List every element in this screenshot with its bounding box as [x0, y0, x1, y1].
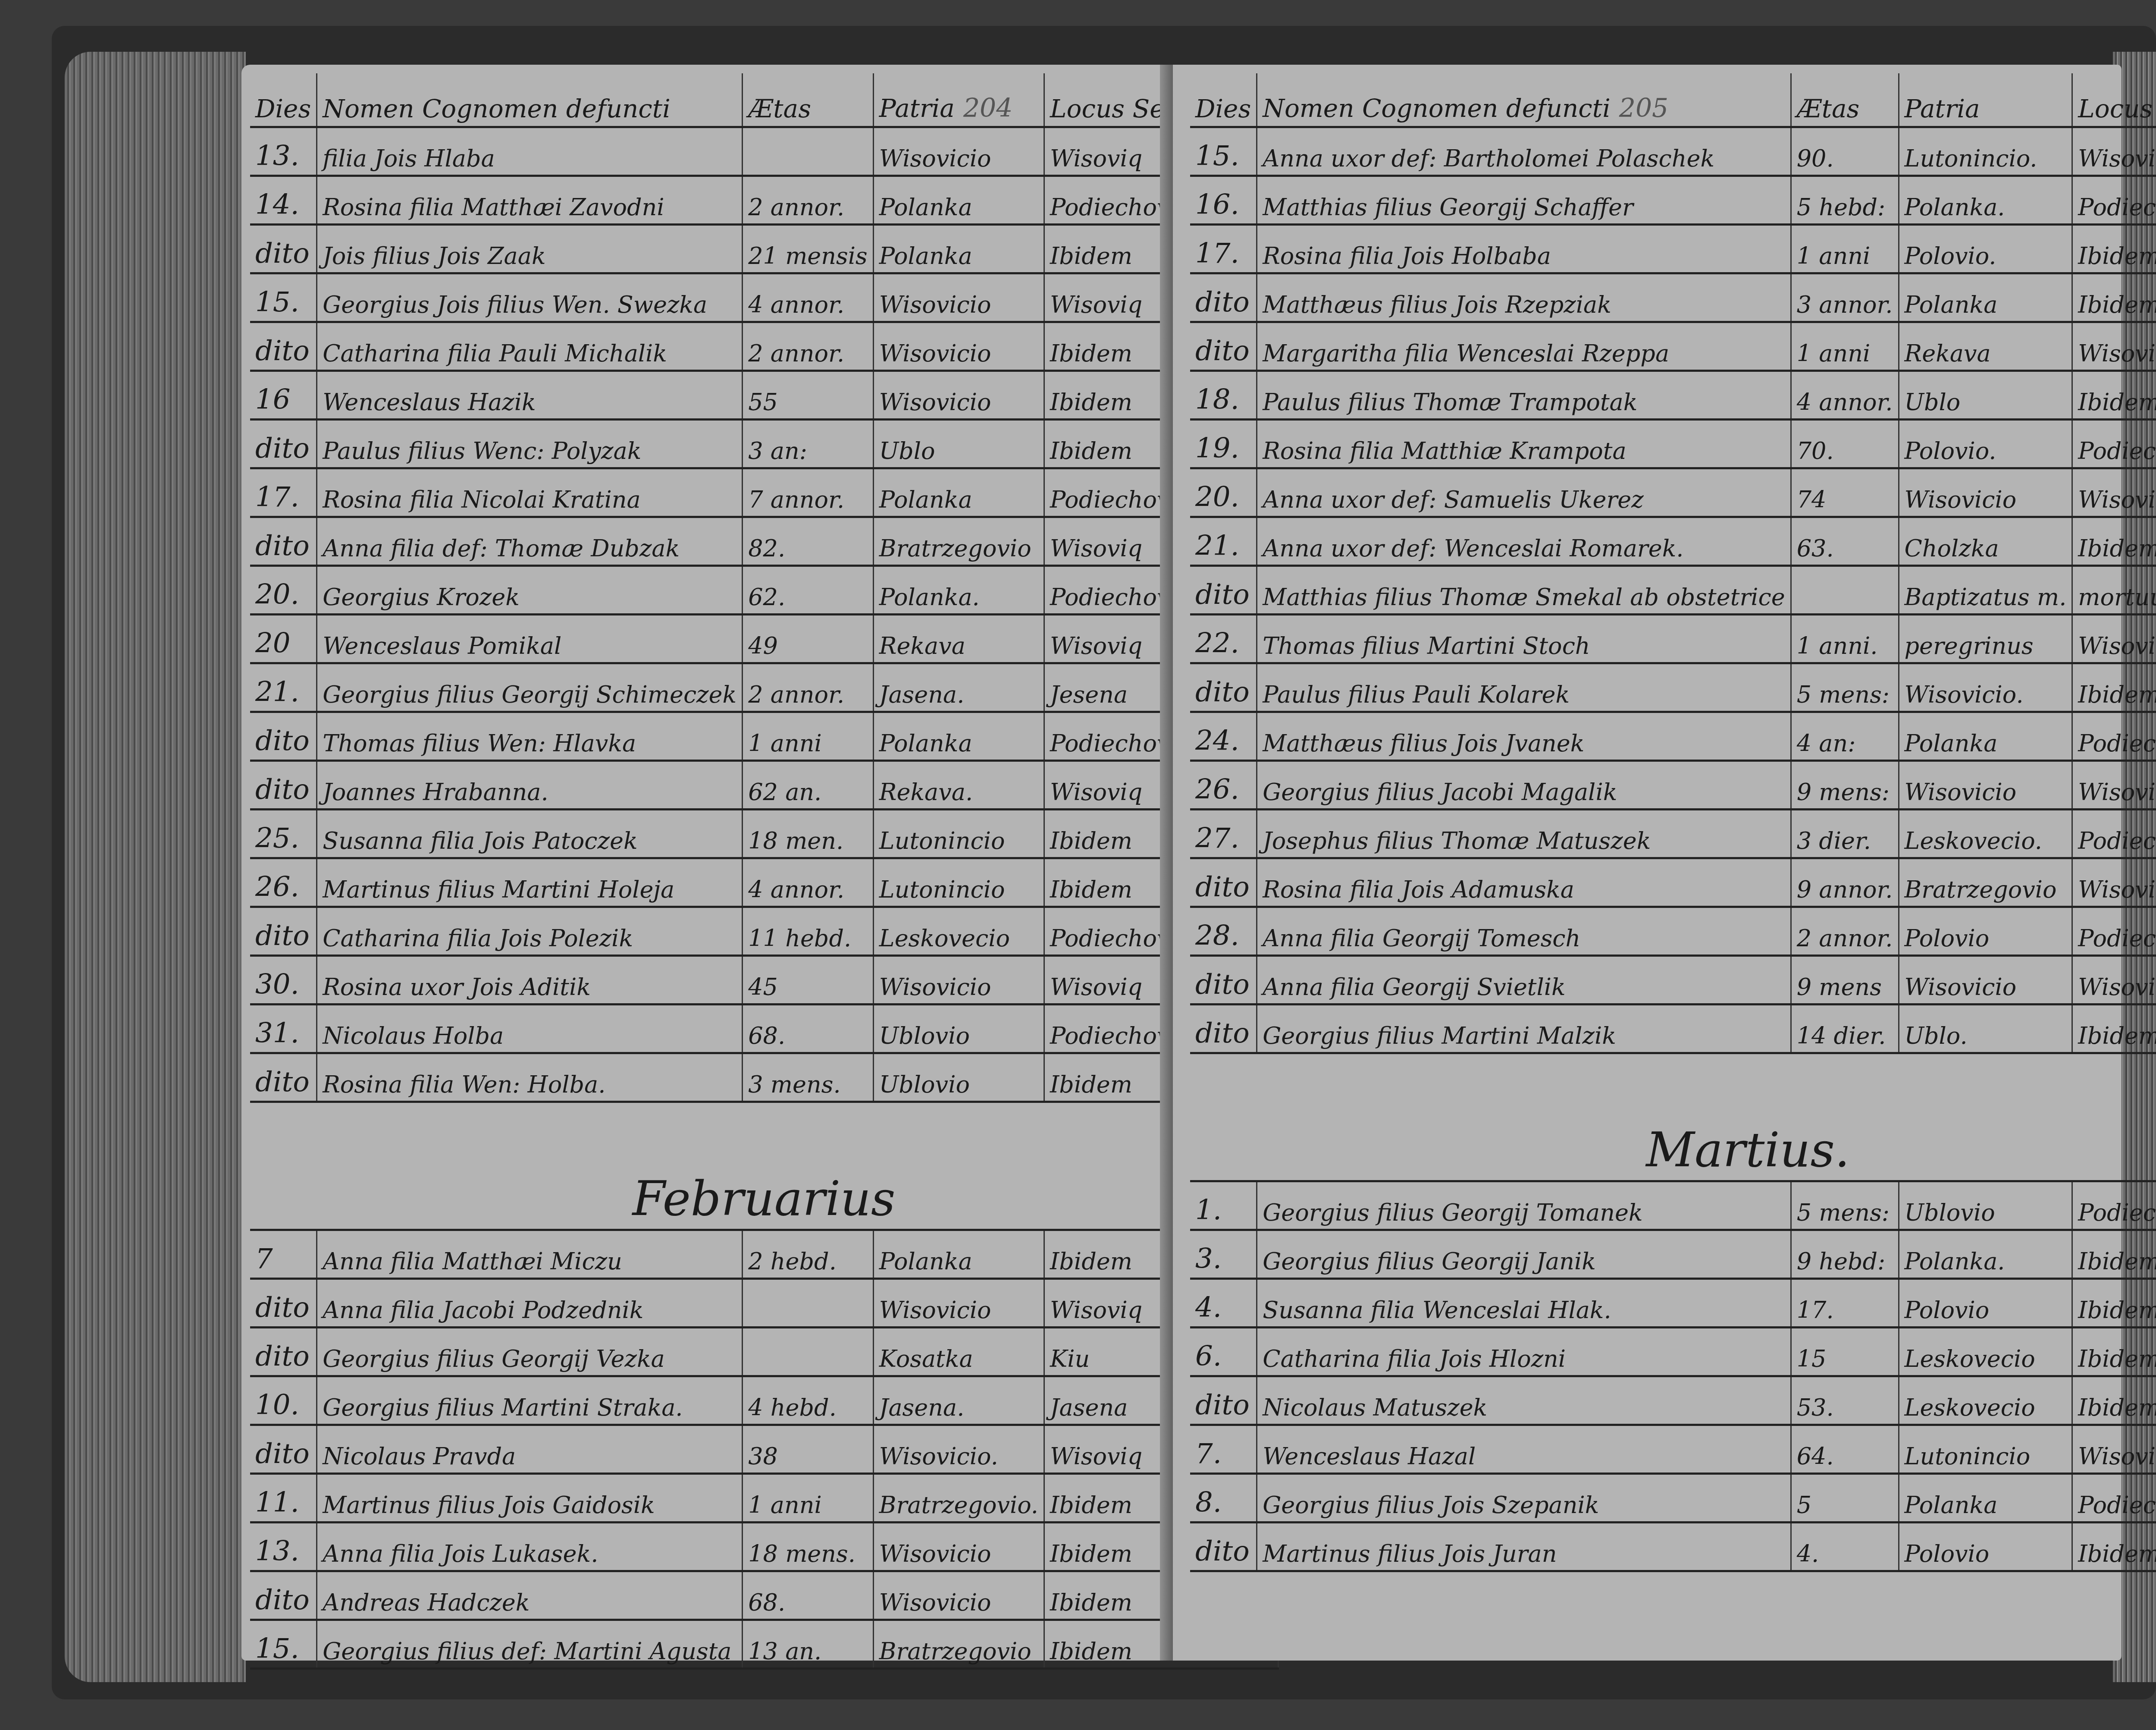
header-aetas: Ætas	[743, 73, 874, 127]
register-entry: 19.Rosina filia Matthiæ Krampota70.Polov…	[1190, 420, 2156, 468]
cell-aetas: 45	[743, 956, 874, 1005]
month-heading: Februarius	[250, 1102, 1278, 1230]
cell-dies: 16	[250, 371, 317, 420]
cell-locus: Wisovicio.	[2072, 858, 2156, 907]
header-patria: Patria	[1899, 73, 2072, 127]
cell-aetas: 53.	[1791, 1376, 1899, 1425]
cell-dies: 18.	[1190, 371, 1257, 420]
cell-aetas: 74	[1791, 468, 1899, 517]
register-entry: ditoCatharina filia Jois Polezik11 hebd.…	[250, 907, 1278, 956]
cell-patria: Polanka	[873, 712, 1044, 761]
cell-patria: Bratrzegovio	[1899, 858, 2072, 907]
cell-dies: 6.	[1190, 1328, 1257, 1376]
register-entry: 15.Georgius filius def: Martini Agusta13…	[250, 1620, 1278, 1669]
cell-dies: 21.	[1190, 517, 1257, 566]
register-entry: ditoCatharina filia Pauli Michalik2 anno…	[250, 322, 1278, 371]
cell-name: Nicolaus Holba	[317, 1005, 743, 1053]
cell-dies: 22.	[1190, 615, 1257, 663]
register-entry: ditoAndreas Hadczek68.WisovicioIbidem	[250, 1571, 1278, 1620]
cell-patria: Wisovicio	[873, 1279, 1044, 1328]
cell-dies: 13.	[250, 1523, 317, 1571]
cell-name: Georgius filius Georgij Schimeczek	[317, 663, 743, 712]
cell-aetas	[743, 1328, 874, 1376]
register-entry: 26.Georgius filius Jacobi Magalik9 mens:…	[1190, 761, 2156, 810]
cell-name: Martinus filius Jois Gaidosik	[317, 1474, 743, 1523]
cell-patria: Wisovicio	[1899, 468, 2072, 517]
cell-dies: dito	[1190, 956, 1257, 1005]
cell-locus: Ibidem	[2072, 1376, 2156, 1425]
register-entry: 10.Georgius filius Martini Straka.4 hebd…	[250, 1376, 1278, 1425]
cell-name: Matthias filius Thomæ Smekal ab obstetri…	[1257, 566, 1791, 615]
page-number: 204	[963, 93, 1013, 123]
cell-dies: dito	[1190, 1376, 1257, 1425]
cell-aetas: 2 annor.	[1791, 907, 1899, 956]
cell-patria: Wisovicio	[873, 273, 1044, 322]
cell-dies: 25.	[250, 810, 317, 858]
register-entry: 14.Rosina filia Matthæi Zavodni2 annor.P…	[250, 176, 1278, 225]
register-entry: ditoPaulus filius Wenc: Polyzak3 an:Ublo…	[250, 420, 1278, 468]
cell-dies: 3.	[1190, 1230, 1257, 1279]
cell-patria: Ublo	[1899, 371, 2072, 420]
cell-aetas: 49	[743, 615, 874, 663]
cell-dies: dito	[1190, 273, 1257, 322]
cell-name: Georgius filius Georgij Tomanek	[1257, 1181, 1791, 1230]
header-dies: Dies	[250, 73, 317, 127]
cell-aetas: 3 an:	[743, 420, 874, 468]
register-entry: ditoGeorgius filius Georgij VezkaKosatka…	[250, 1328, 1278, 1376]
cell-locus: Ibidem.	[2072, 1005, 2156, 1053]
cell-patria: Lutonincio	[873, 810, 1044, 858]
cell-aetas: 4 hebd.	[743, 1376, 874, 1425]
cell-dies: 7	[250, 1230, 317, 1279]
cell-aetas: 4.	[1791, 1523, 1899, 1571]
register-entry: 7.Wenceslaus Hazal64.LutonincioWisoviq:	[1190, 1425, 2156, 1474]
register-entry: 4.Susanna filia Wenceslai Hlak.17.Polovi…	[1190, 1279, 2156, 1328]
cell-patria: Polanka.	[873, 566, 1044, 615]
cell-locus: Ibidem	[2072, 1523, 2156, 1571]
register-entry: 21.Anna uxor def: Wenceslai Romarek.63.C…	[1190, 517, 2156, 566]
cell-dies: dito	[250, 1279, 317, 1328]
cell-aetas: 5	[1791, 1474, 1899, 1523]
cell-aetas: 9 hebd:	[1791, 1230, 1899, 1279]
cell-name: Susanna filia Jois Patoczek	[317, 810, 743, 858]
cell-patria: peregrinus	[1899, 615, 2072, 663]
cell-dies: dito	[1190, 1005, 1257, 1053]
cell-patria: Baptizatus m.	[1899, 566, 2072, 615]
cell-patria: Leskovecio.	[1899, 810, 2072, 858]
register-entry: 30.Rosina uxor Jois Aditik45WisovicioWis…	[250, 956, 1278, 1005]
header-aetas: Ætas	[1791, 73, 1899, 127]
cell-patria: Polanka	[1899, 712, 2072, 761]
cell-aetas: 13 an.	[743, 1620, 874, 1669]
register-entry: ditoNicolaus Matuszek53.LeskovecioIbidem	[1190, 1376, 2156, 1425]
cell-aetas: 15	[1791, 1328, 1899, 1376]
cell-dies: 26.	[250, 858, 317, 907]
cell-aetas: 5 mens:	[1791, 663, 1899, 712]
register-entry: 15.Georgius Jois filius Wen. Swezka4 ann…	[250, 273, 1278, 322]
cell-patria: Ublovio	[873, 1053, 1044, 1102]
header-patria: Patria204	[873, 73, 1044, 127]
cell-patria: Polovio	[1899, 907, 2072, 956]
cell-aetas: 64.	[1791, 1425, 1899, 1474]
cell-aetas: 2 annor.	[743, 663, 874, 712]
cell-name: Thomas filius Martini Stoch	[1257, 615, 1791, 663]
cell-patria: Rekava.	[873, 761, 1044, 810]
cell-patria: Lutonincio	[873, 858, 1044, 907]
cell-aetas	[1791, 566, 1899, 615]
left-register-table: Dies Nomen Cognomen defuncti Ætas Patria…	[250, 73, 1279, 1670]
cell-name: Jois filius Jois Zaak	[317, 225, 743, 273]
register-entry: 17.Rosina filia Jois Holbaba1 anniPolovi…	[1190, 225, 2156, 273]
cell-aetas: 62 an.	[743, 761, 874, 810]
page-edges-left	[65, 52, 246, 1682]
cell-patria: Wisovicio	[873, 956, 1044, 1005]
cell-locus: Ibidem	[2072, 273, 2156, 322]
cell-aetas: 3 dier.	[1791, 810, 1899, 858]
cell-patria: Lutonincio	[1899, 1425, 2072, 1474]
cell-dies: 14.	[250, 176, 317, 225]
cell-dies: 31.	[250, 1005, 317, 1053]
cell-name: Nicolaus Pravda	[317, 1425, 743, 1474]
cell-aetas: 1 anni	[743, 712, 874, 761]
cell-locus: Podiechovi	[2072, 907, 2156, 956]
register-entry: ditoRosina filia Wen: Holba.3 mens.Ublov…	[250, 1053, 1278, 1102]
page-number: 205	[1619, 93, 1669, 123]
cell-aetas: 17.	[1791, 1279, 1899, 1328]
cell-dies: dito	[250, 712, 317, 761]
cell-patria: Ublo	[873, 420, 1044, 468]
cell-dies: 17.	[1190, 225, 1257, 273]
register-entry: 20Wenceslaus Pomikal49RekavaWisoviq	[250, 615, 1278, 663]
cell-patria: Polanka.	[1899, 1230, 2072, 1279]
cell-patria: Polovio.	[1899, 225, 2072, 273]
cell-aetas: 68.	[743, 1005, 874, 1053]
cell-dies: 27.	[1190, 810, 1257, 858]
cell-locus: Wisoviq:	[2072, 322, 2156, 371]
register-entry: 18.Paulus filius Thomæ Trampotak4 annor.…	[1190, 371, 2156, 420]
cell-patria: Wisovicio.	[1899, 663, 2072, 712]
cell-aetas: 82.	[743, 517, 874, 566]
cell-patria: Bratrzegovio	[873, 1620, 1044, 1669]
cell-aetas: 62.	[743, 566, 874, 615]
cell-locus: Wisoviq:	[2072, 127, 2156, 176]
cell-aetas: 9 annor.	[1791, 858, 1899, 907]
header-row: Dies Nomen Cognomen defuncti Ætas Patria…	[250, 73, 1278, 127]
cell-patria: Ublo.	[1899, 1005, 2072, 1053]
cell-patria: Wisovicio	[1899, 956, 2072, 1005]
register-entry: ditoMartinus filius Jois Juran4.PolovioI…	[1190, 1523, 2156, 1571]
cell-dies: dito	[250, 1053, 317, 1102]
cell-dies: dito	[1190, 858, 1257, 907]
register-entry: 8.Georgius filius Jois Szepanik5PolankaP…	[1190, 1474, 2156, 1523]
register-entry: 13.Anna filia Jois Lukasek.18 mens.Wisov…	[250, 1523, 1278, 1571]
cell-name: Martinus filius Jois Juran	[1257, 1523, 1791, 1571]
cell-name: Rosina uxor Jois Aditik	[317, 956, 743, 1005]
cell-name: Anna filia def: Thomæ Dubzak	[317, 517, 743, 566]
cell-name: Catharina filia Jois Hlozni	[1257, 1328, 1791, 1376]
cell-aetas: 70.	[1791, 420, 1899, 468]
left-page: Dies Nomen Cognomen defuncti Ætas Patria…	[241, 65, 1173, 1661]
cell-name: Matthias filius Georgij Schaffer	[1257, 176, 1791, 225]
cell-dies: 20.	[250, 566, 317, 615]
cell-aetas: 21 mensis	[743, 225, 874, 273]
register-entry: ditoJoannes Hrabanna.62 an.Rekava.Wisovi…	[250, 761, 1278, 810]
cell-aetas: 3 annor.	[1791, 273, 1899, 322]
cell-locus: Podiechovi:	[2072, 712, 2156, 761]
cell-patria: Polovio	[1899, 1279, 2072, 1328]
cell-name: Anna uxor def: Wenceslai Romarek.	[1257, 517, 1791, 566]
cell-aetas: 2 annor.	[743, 176, 874, 225]
register-entry: ditoGeorgius filius Martini Malzik14 die…	[1190, 1005, 2156, 1053]
cell-name: Catharina filia Pauli Michalik	[317, 322, 743, 371]
cell-dies: 7.	[1190, 1425, 1257, 1474]
cell-patria: Bratrzegovio.	[873, 1474, 1044, 1523]
cell-patria: Polovio.	[1899, 420, 2072, 468]
header-name: Nomen Cognomen defuncti	[317, 73, 743, 127]
cell-aetas: 38	[743, 1425, 874, 1474]
register-entry: ditoRosina filia Jois Adamuska9 annor.Br…	[1190, 858, 2156, 907]
cell-dies: 8.	[1190, 1474, 1257, 1523]
cell-dies: dito	[250, 1328, 317, 1376]
cell-name: Rosina filia Nicolai Kratina	[317, 468, 743, 517]
cell-patria: Polanka	[1899, 273, 2072, 322]
cell-locus: Ibidem	[2072, 663, 2156, 712]
register-entry: ditoAnna filia Jacobi PodzednikWisovicio…	[250, 1279, 1278, 1328]
register-entry: 21.Georgius filius Georgij Schimeczek2 a…	[250, 663, 1278, 712]
cell-name: Matthæus filius Jois Jvanek	[1257, 712, 1791, 761]
cell-name: Matthæus filius Jois Rzepziak	[1257, 273, 1791, 322]
register-entry: 17.Rosina filia Nicolai Kratina7 annor.P…	[250, 468, 1278, 517]
cell-name: Nicolaus Matuszek	[1257, 1376, 1791, 1425]
cell-name: Georgius filius Jois Szepanik	[1257, 1474, 1791, 1523]
cell-name: filia Jois Hlaba	[317, 127, 743, 176]
cell-dies: dito	[250, 322, 317, 371]
cell-dies: 20.	[1190, 468, 1257, 517]
cell-dies: 11.	[250, 1474, 317, 1523]
cell-name: Rosina filia Wen: Holba.	[317, 1053, 743, 1102]
cell-aetas: 68.	[743, 1571, 874, 1620]
cell-name: Anna filia Matthæi Miczu	[317, 1230, 743, 1279]
cell-locus: Ibidem	[2072, 225, 2156, 273]
cell-name: Josephus filius Thomæ Matuszek	[1257, 810, 1791, 858]
cell-dies: 1.	[1190, 1181, 1257, 1230]
cell-name: Thomas filius Wen: Hlavka	[317, 712, 743, 761]
cell-patria: Wisovicio	[873, 322, 1044, 371]
cell-patria: Wisovicio	[873, 371, 1044, 420]
cell-aetas: 14 dier.	[1791, 1005, 1899, 1053]
register-entry: 7Anna filia Matthæi Miczu2 hebd.PolankaI…	[250, 1230, 1278, 1279]
cell-locus: mortuus est.	[2072, 566, 2156, 615]
register-entry: ditoMatthias filius Thomæ Smekal ab obst…	[1190, 566, 2156, 615]
cell-name: Wenceslaus Hazal	[1257, 1425, 1791, 1474]
month-heading-row: Martius.	[1190, 1053, 2156, 1181]
register-entry: 20.Georgius Krozek62.Polanka.Podiechov	[250, 566, 1278, 615]
cell-patria: Wisovicio.	[873, 1425, 1044, 1474]
cell-dies: 10.	[250, 1376, 317, 1425]
register-entry: ditoThomas filius Wen: Hlavka1 anniPolan…	[250, 712, 1278, 761]
cell-dies: dito	[1190, 566, 1257, 615]
header-name: Nomen Cognomen defuncti205	[1257, 73, 1791, 127]
register-entry: 25.Susanna filia Jois Patoczek18 men.Lut…	[250, 810, 1278, 858]
cell-dies: dito	[250, 761, 317, 810]
register-entry: 3.Georgius filius Georgij Janik9 hebd:Po…	[1190, 1230, 2156, 1279]
cell-aetas: 9 mens	[1791, 956, 1899, 1005]
cell-patria: Jasena.	[873, 1376, 1044, 1425]
cell-patria: Polanka.	[1899, 176, 2072, 225]
cell-name: Georgius filius Martini Straka.	[317, 1376, 743, 1425]
cell-dies: 26.	[1190, 761, 1257, 810]
register-entry: ditoPaulus filius Pauli Kolarek5 mens:Wi…	[1190, 663, 2156, 712]
cell-locus: Ibidem	[2072, 1328, 2156, 1376]
cell-aetas	[743, 1279, 874, 1328]
cell-dies: 15.	[1190, 127, 1257, 176]
cell-aetas: 3 mens.	[743, 1053, 874, 1102]
cell-locus: Podiechovi:	[2072, 176, 2156, 225]
cell-locus: Podiechovi	[2072, 1474, 2156, 1523]
register-entry: 20.Anna uxor def: Samuelis Ukerez74Wisov…	[1190, 468, 2156, 517]
cell-dies: dito	[250, 907, 317, 956]
cell-name: Wenceslaus Hazik	[317, 371, 743, 420]
register-entry: ditoNicolaus Pravda38Wisovicio.Wisoviq	[250, 1425, 1278, 1474]
cell-dies: dito	[250, 1425, 317, 1474]
cell-locus: Ibidem	[2072, 517, 2156, 566]
cell-aetas: 1 anni	[1791, 322, 1899, 371]
cell-aetas: 5 hebd:	[1791, 176, 1899, 225]
register-entry: 28.Anna filia Georgij Tomesch2 annor.Pol…	[1190, 907, 2156, 956]
cell-dies: 17.	[250, 468, 317, 517]
cell-dies: dito	[250, 225, 317, 273]
cell-name: Anna filia Georgij Tomesch	[1257, 907, 1791, 956]
cell-name: Andreas Hadczek	[317, 1571, 743, 1620]
cell-dies: dito	[250, 517, 317, 566]
cell-patria: Wisovicio	[1899, 761, 2072, 810]
header-row: Dies Nomen Cognomen defuncti205 Ætas Pat…	[1190, 73, 2156, 127]
cell-dies: dito	[250, 1571, 317, 1620]
cell-name: Paulus filius Thomæ Trampotak	[1257, 371, 1791, 420]
register-entry: 26.Martinus filius Martini Holeja4 annor…	[250, 858, 1278, 907]
cell-aetas: 9 mens:	[1791, 761, 1899, 810]
cell-dies: dito	[1190, 1523, 1257, 1571]
cell-dies: 20	[250, 615, 317, 663]
cell-aetas: 4 annor.	[1791, 371, 1899, 420]
cell-locus: Wisoviq	[2072, 615, 2156, 663]
month-heading: Martius.	[1190, 1053, 2156, 1181]
cell-dies: 21.	[250, 663, 317, 712]
cell-dies: 30.	[250, 956, 317, 1005]
cell-name: Margaritha filia Wenceslai Rzeppa	[1257, 322, 1791, 371]
right-rows: 15.Anna uxor def: Bartholomei Polaschek9…	[1190, 127, 2156, 1571]
cell-patria: Leskovecio	[873, 907, 1044, 956]
month-heading-row: Februarius	[250, 1102, 1278, 1230]
register-entry: ditoMargaritha filia Wenceslai Rzeppa1 a…	[1190, 322, 2156, 371]
cell-patria: Jasena.	[873, 663, 1044, 712]
cell-patria: Wisovicio	[873, 1523, 1044, 1571]
cell-name: Anna filia Georgij Svietlik	[1257, 956, 1791, 1005]
cell-name: Susanna filia Wenceslai Hlak.	[1257, 1279, 1791, 1328]
register-entry: 31.Nicolaus Holba68.UblovioPodiechov	[250, 1005, 1278, 1053]
cell-dies: 19.	[1190, 420, 1257, 468]
register-entry: 22.Thomas filius Martini Stoch1 anni.per…	[1190, 615, 2156, 663]
right-page: Dies Nomen Cognomen defuncti205 Ætas Pat…	[1173, 65, 2122, 1661]
cell-dies: 16.	[1190, 176, 1257, 225]
register-entry: 27.Josephus filius Thomæ Matuszek3 dier.…	[1190, 810, 2156, 858]
cell-patria: Leskovecio	[1899, 1376, 2072, 1425]
register-entry: 1.Georgius filius Georgij Tomanek5 mens:…	[1190, 1181, 2156, 1230]
register-entry: ditoAnna filia Georgij Svietlik9 mensWis…	[1190, 956, 2156, 1005]
cell-patria: Wisovicio	[873, 1571, 1044, 1620]
cell-locus: Ibidem	[2072, 1279, 2156, 1328]
cell-aetas: 18 men.	[743, 810, 874, 858]
cell-patria: Bratrzegovio	[873, 517, 1044, 566]
cell-name: Georgius filius def: Martini Agusta	[317, 1620, 743, 1669]
cell-aetas: 1 anni	[1791, 225, 1899, 273]
cell-locus: Podiechovi:	[2072, 1181, 2156, 1230]
cell-dies: 24.	[1190, 712, 1257, 761]
cell-patria: Ublovio	[1899, 1181, 2072, 1230]
cell-name: Georgius Krozek	[317, 566, 743, 615]
cell-locus: Wisoviq	[2072, 468, 2156, 517]
cell-name: Rosina filia Jois Holbaba	[1257, 225, 1791, 273]
register-entry: 6.Catharina filia Jois Hlozni15Leskoveci…	[1190, 1328, 2156, 1376]
cell-locus: Ibidem.	[2072, 1230, 2156, 1279]
cell-dies: 28.	[1190, 907, 1257, 956]
cell-locus: Podiechovi	[2072, 420, 2156, 468]
cell-name: Anna filia Jacobi Podzednik	[317, 1279, 743, 1328]
cell-name: Martinus filius Martini Holeja	[317, 858, 743, 907]
cell-locus: Podiechovi	[2072, 810, 2156, 858]
register-entry: 11.Martinus filius Jois Gaidosik1 anniBr…	[250, 1474, 1278, 1523]
cell-name: Paulus filius Pauli Kolarek	[1257, 663, 1791, 712]
cell-patria: Lutonincio.	[1899, 127, 2072, 176]
cell-patria: Rekava	[1899, 322, 2072, 371]
cell-aetas	[743, 127, 874, 176]
cell-name: Georgius filius Martini Malzik	[1257, 1005, 1791, 1053]
cell-name: Joannes Hrabanna.	[317, 761, 743, 810]
cell-dies: 15.	[250, 1620, 317, 1669]
register-entry: 16Wenceslaus Hazik55WisovicioIbidem	[250, 371, 1278, 420]
register-entry: 24.Matthæus filius Jois Jvanek4 an:Polan…	[1190, 712, 2156, 761]
cell-name: Georgius filius Georgij Janik	[1257, 1230, 1791, 1279]
cell-name: Georgius filius Jacobi Magalik	[1257, 761, 1791, 810]
cell-aetas: 2 hebd.	[743, 1230, 874, 1279]
cell-name: Anna uxor def: Samuelis Ukerez	[1257, 468, 1791, 517]
cell-name: Georgius filius Georgij Vezka	[317, 1328, 743, 1376]
register-entry: 15.Anna uxor def: Bartholomei Polaschek9…	[1190, 127, 2156, 176]
cell-name: Paulus filius Wenc: Polyzak	[317, 420, 743, 468]
cell-patria: Kosatka	[873, 1328, 1044, 1376]
cell-aetas: 55	[743, 371, 874, 420]
header-locus: Locus Sepulturae	[2072, 73, 2156, 127]
cell-name: Catharina filia Jois Polezik	[317, 907, 743, 956]
cell-dies: dito	[250, 420, 317, 468]
cell-name: Georgius Jois filius Wen. Swezka	[317, 273, 743, 322]
cell-name: Anna filia Jois Lukasek.	[317, 1523, 743, 1571]
cell-dies: 15.	[250, 273, 317, 322]
cell-name: Rosina filia Jois Adamuska	[1257, 858, 1791, 907]
cell-dies: 13.	[250, 127, 317, 176]
cell-name: Anna uxor def: Bartholomei Polaschek	[1257, 127, 1791, 176]
register-entry: 13.filia Jois HlabaWisovicioWisoviq	[250, 127, 1278, 176]
cell-patria: Polanka	[873, 225, 1044, 273]
cell-aetas: 4 an:	[1791, 712, 1899, 761]
cell-patria: Polanka	[1899, 1474, 2072, 1523]
cell-locus: Wisoviq:	[2072, 956, 2156, 1005]
cell-patria: Ublovio	[873, 1005, 1044, 1053]
cell-aetas: 18 mens.	[743, 1523, 874, 1571]
cell-aetas: 4 annor.	[743, 273, 874, 322]
register-entry: ditoJois filius Jois Zaak21 mensisPolank…	[250, 225, 1278, 273]
cell-patria: Cholzka	[1899, 517, 2072, 566]
